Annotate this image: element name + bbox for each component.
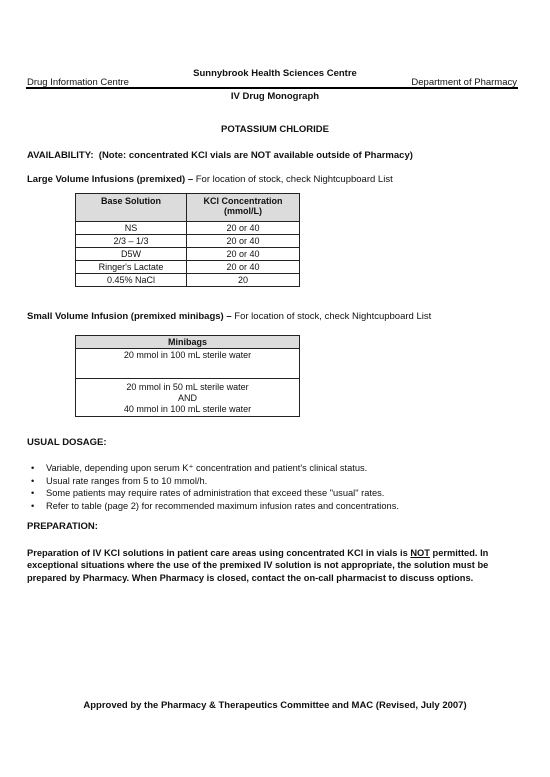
preparation-paragraph: Preparation of IV KCl solutions in patie… (27, 547, 527, 584)
table-header: Minibags (76, 336, 300, 349)
usual-dosage-list: Variable, depending upon serum K⁺ concen… (31, 462, 511, 513)
usual-dosage-heading: USUAL DOSAGE: (27, 437, 107, 448)
small-volume-heading: Small Volume Infusion (premixed minibags… (27, 311, 232, 322)
document-subtitle: IV Drug Monograph (0, 91, 550, 102)
table-header: Base Solution (76, 194, 187, 222)
approval-footer: Approved by the Pharmacy & Therapeutics … (0, 700, 550, 711)
large-volume-table: Base Solution KCl Concentration (mmol/L)… (75, 193, 300, 287)
drug-title: POTASSIUM CHLORIDE (0, 124, 550, 135)
small-volume-text: For location of stock, check Nightcupboa… (234, 311, 431, 322)
table-cell: 20 or 40 (187, 261, 300, 274)
table-cell: 2/3 – 1/3 (76, 235, 187, 248)
preparation-heading: PREPARATION: (27, 521, 98, 532)
list-item: Usual rate ranges from 5 to 10 mmol/h. (31, 475, 511, 488)
small-volume-heading-line: Small Volume Infusion (premixed minibags… (27, 311, 431, 322)
large-volume-text: For location of stock, check Nightcupboa… (196, 174, 393, 185)
large-volume-heading: Large Volume Infusions (premixed) – (27, 174, 193, 185)
availability-line: AVAILABILITY: (Note: concentrated KCl vi… (27, 150, 413, 161)
table-row: Ringer's Lactate20 or 40 (76, 261, 300, 274)
header-rule (26, 87, 518, 89)
table-header: KCl Concentration (mmol/L) (187, 194, 300, 222)
table-cell: Ringer's Lactate (76, 261, 187, 274)
table-row: 2/3 – 1/320 or 40 (76, 235, 300, 248)
availability-note: (Note: concentrated KCl vials are NOT av… (99, 150, 413, 161)
table-cell: 20 or 40 (187, 222, 300, 235)
table-cell: 20 or 40 (187, 235, 300, 248)
table-row: 20 mmol in 100 mL sterile water (76, 349, 300, 379)
not-emphasis: NOT (410, 548, 430, 558)
table-cell: NS (76, 222, 187, 235)
table-row: NS20 or 40 (76, 222, 300, 235)
availability-label: AVAILABILITY: (27, 150, 94, 161)
minibags-table: Minibags 20 mmol in 100 mL sterile water… (75, 335, 300, 417)
table-cell: 20 (187, 274, 300, 287)
table-row: 20 mmol in 50 mL sterile water AND 40 mm… (76, 379, 300, 417)
table-cell: 20 or 40 (187, 248, 300, 261)
table-cell: 0.45% NaCl (76, 274, 187, 287)
table-row: 0.45% NaCl20 (76, 274, 300, 287)
list-item: Some patients may require rates of admin… (31, 487, 511, 500)
table-cell: D5W (76, 248, 187, 261)
list-item: Refer to table (page 2) for recommended … (31, 500, 511, 513)
list-item: Variable, depending upon serum K⁺ concen… (31, 462, 511, 475)
table-row: D5W20 or 40 (76, 248, 300, 261)
large-volume-heading-line: Large Volume Infusions (premixed) – For … (27, 174, 393, 185)
